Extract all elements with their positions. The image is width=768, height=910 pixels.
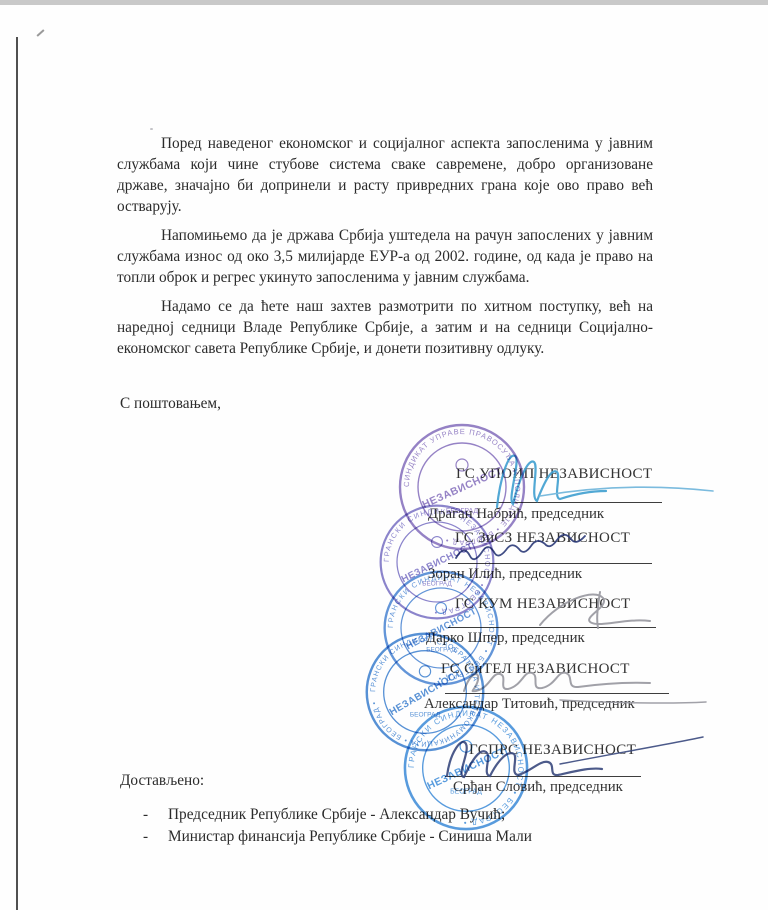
letter-body: Поред наведеног економског и социјалног …: [117, 133, 653, 367]
sig-org-upoip: ГС УПОИП НЕЗАВИСНОСТ: [456, 466, 652, 483]
scan-speck: [150, 128, 153, 130]
paragraph-1: Поред наведеног економског и социјалног …: [117, 133, 653, 217]
pen-tick-mark: [36, 29, 44, 37]
list-dash: -: [143, 806, 148, 824]
stamp-city-text: БЕОГРАД: [426, 647, 456, 654]
round-stamp-sitel: ГРАНСКИ СИНДИКАТ САОБРАЋАЈА И ТЕЛЕКОМУНИ…: [363, 630, 487, 754]
sig-name-zisz: Зоран Илић, председник: [428, 566, 582, 583]
sig-org-zisz: ГС ЗиСЗ НЕЗАВИСНОСТ: [455, 530, 630, 547]
signature-line: [448, 563, 652, 564]
closing-salutation: С поштовањем,: [120, 395, 221, 413]
sig-org-gsprs: ГСПРС НЕЗАВИСНОСТ: [469, 742, 636, 759]
page-fold-line: [16, 37, 18, 910]
sig-org-sitel: ГС СиТЕЛ НЕЗАВИСНОСТ: [441, 661, 630, 678]
signature-line: [445, 776, 641, 777]
paragraph-2: Напомињемо да је држава Србија уштедела …: [117, 225, 653, 288]
delivered-label: Достављено:: [120, 772, 204, 790]
signature-line: [448, 627, 656, 628]
sig-org-kum: ГС КУМ НЕЗАВИСНОСТ: [455, 596, 630, 613]
stamp-emblem: [436, 603, 447, 614]
delivered-item-president: Председник Републике Србије - Александар…: [168, 806, 505, 824]
paragraph-3: Надамо се да ћете наш захтев размотрити …: [117, 296, 653, 359]
sig-name-kum: Дарко Шпер, председник: [426, 630, 585, 647]
sig-name-sitel: Александар Титовић, председник: [424, 696, 635, 713]
signature-line: [450, 502, 662, 503]
delivered-item-minister: Министар финансија Републике Србије - Си…: [168, 828, 532, 846]
signature-tail-upoip: [540, 487, 713, 496]
stamp-emblem: [419, 666, 430, 677]
signature-line: [445, 693, 669, 694]
stamp-emblem: [432, 537, 443, 548]
sig-name-gsprs: Срђан Словић, председник: [453, 779, 623, 796]
scan-top-edge: [0, 0, 768, 5]
letter-page: Поред наведеног економског и социјалног …: [0, 0, 768, 910]
sig-name-upoip: Драган Набрић, председник: [428, 506, 604, 523]
list-dash: -: [143, 828, 148, 846]
